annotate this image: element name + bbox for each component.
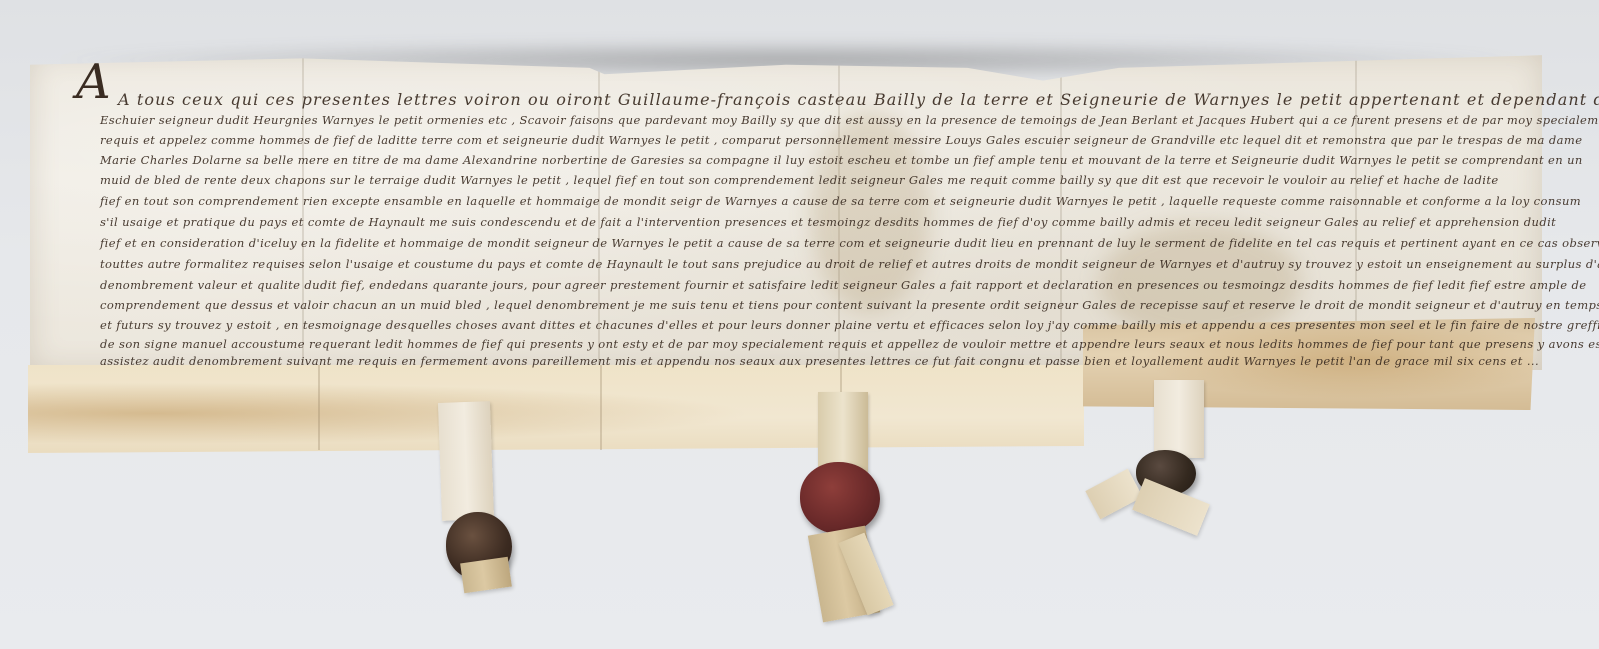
manuscript-line: comprendement que dessus et valoir chacu… — [100, 298, 1599, 312]
manuscript-line: A tous ceux qui ces presentes lettres vo… — [118, 90, 1599, 109]
manuscript-line: touttes autre formalitez requises selon … — [100, 257, 1599, 271]
manuscript-line: fief et en consideration d'iceluy en la … — [100, 236, 1599, 250]
manuscript-line: et futurs sy trouvez y estoit , en tesmo… — [100, 318, 1599, 332]
plica-seam — [600, 365, 602, 450]
manuscript-line: s'il usaige et pratique du pays et comte… — [100, 215, 1556, 229]
manuscript-line: de son signe manuel accoustume requerant… — [100, 337, 1599, 351]
tag-end — [460, 557, 512, 593]
manuscript-line: requis et appelez comme hommes de fief d… — [100, 133, 1582, 147]
parchment-tag — [1154, 380, 1204, 458]
plica-seam — [318, 365, 320, 450]
manuscript-line: assistez audit denombrement suivant me r… — [100, 354, 1539, 368]
wax-seal-red — [800, 462, 880, 534]
manuscript-line: fief en tout son comprendement rien exce… — [100, 194, 1581, 208]
decorated-initial: A — [76, 58, 111, 106]
parchment-tag — [818, 392, 868, 472]
parchment-tag — [438, 401, 494, 521]
plica-fold-left — [28, 365, 1084, 453]
manuscript-line: muid de bled de rente deux chapons sur l… — [100, 173, 1499, 187]
manuscript-line: denombrement valeur et qualite dudit fie… — [100, 278, 1586, 292]
tag-end — [1085, 469, 1142, 520]
manuscript-line: Marie Charles Dolarne sa belle mere en t… — [100, 153, 1583, 167]
photo-stage: A A tous ceux qui ces presentes lettres … — [0, 0, 1599, 649]
manuscript-line: Eschuier seigneur dudit Heurgnies Warnye… — [100, 113, 1599, 127]
